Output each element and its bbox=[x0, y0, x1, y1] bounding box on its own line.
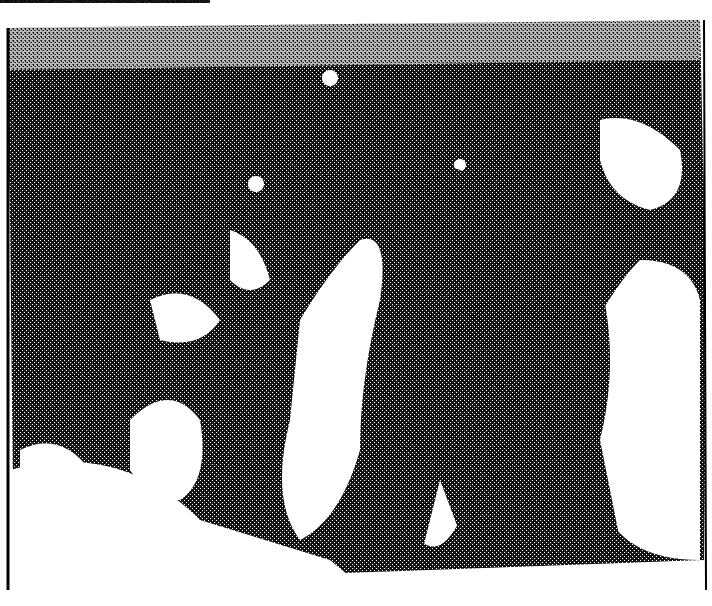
halftone-photo bbox=[0, 0, 712, 606]
